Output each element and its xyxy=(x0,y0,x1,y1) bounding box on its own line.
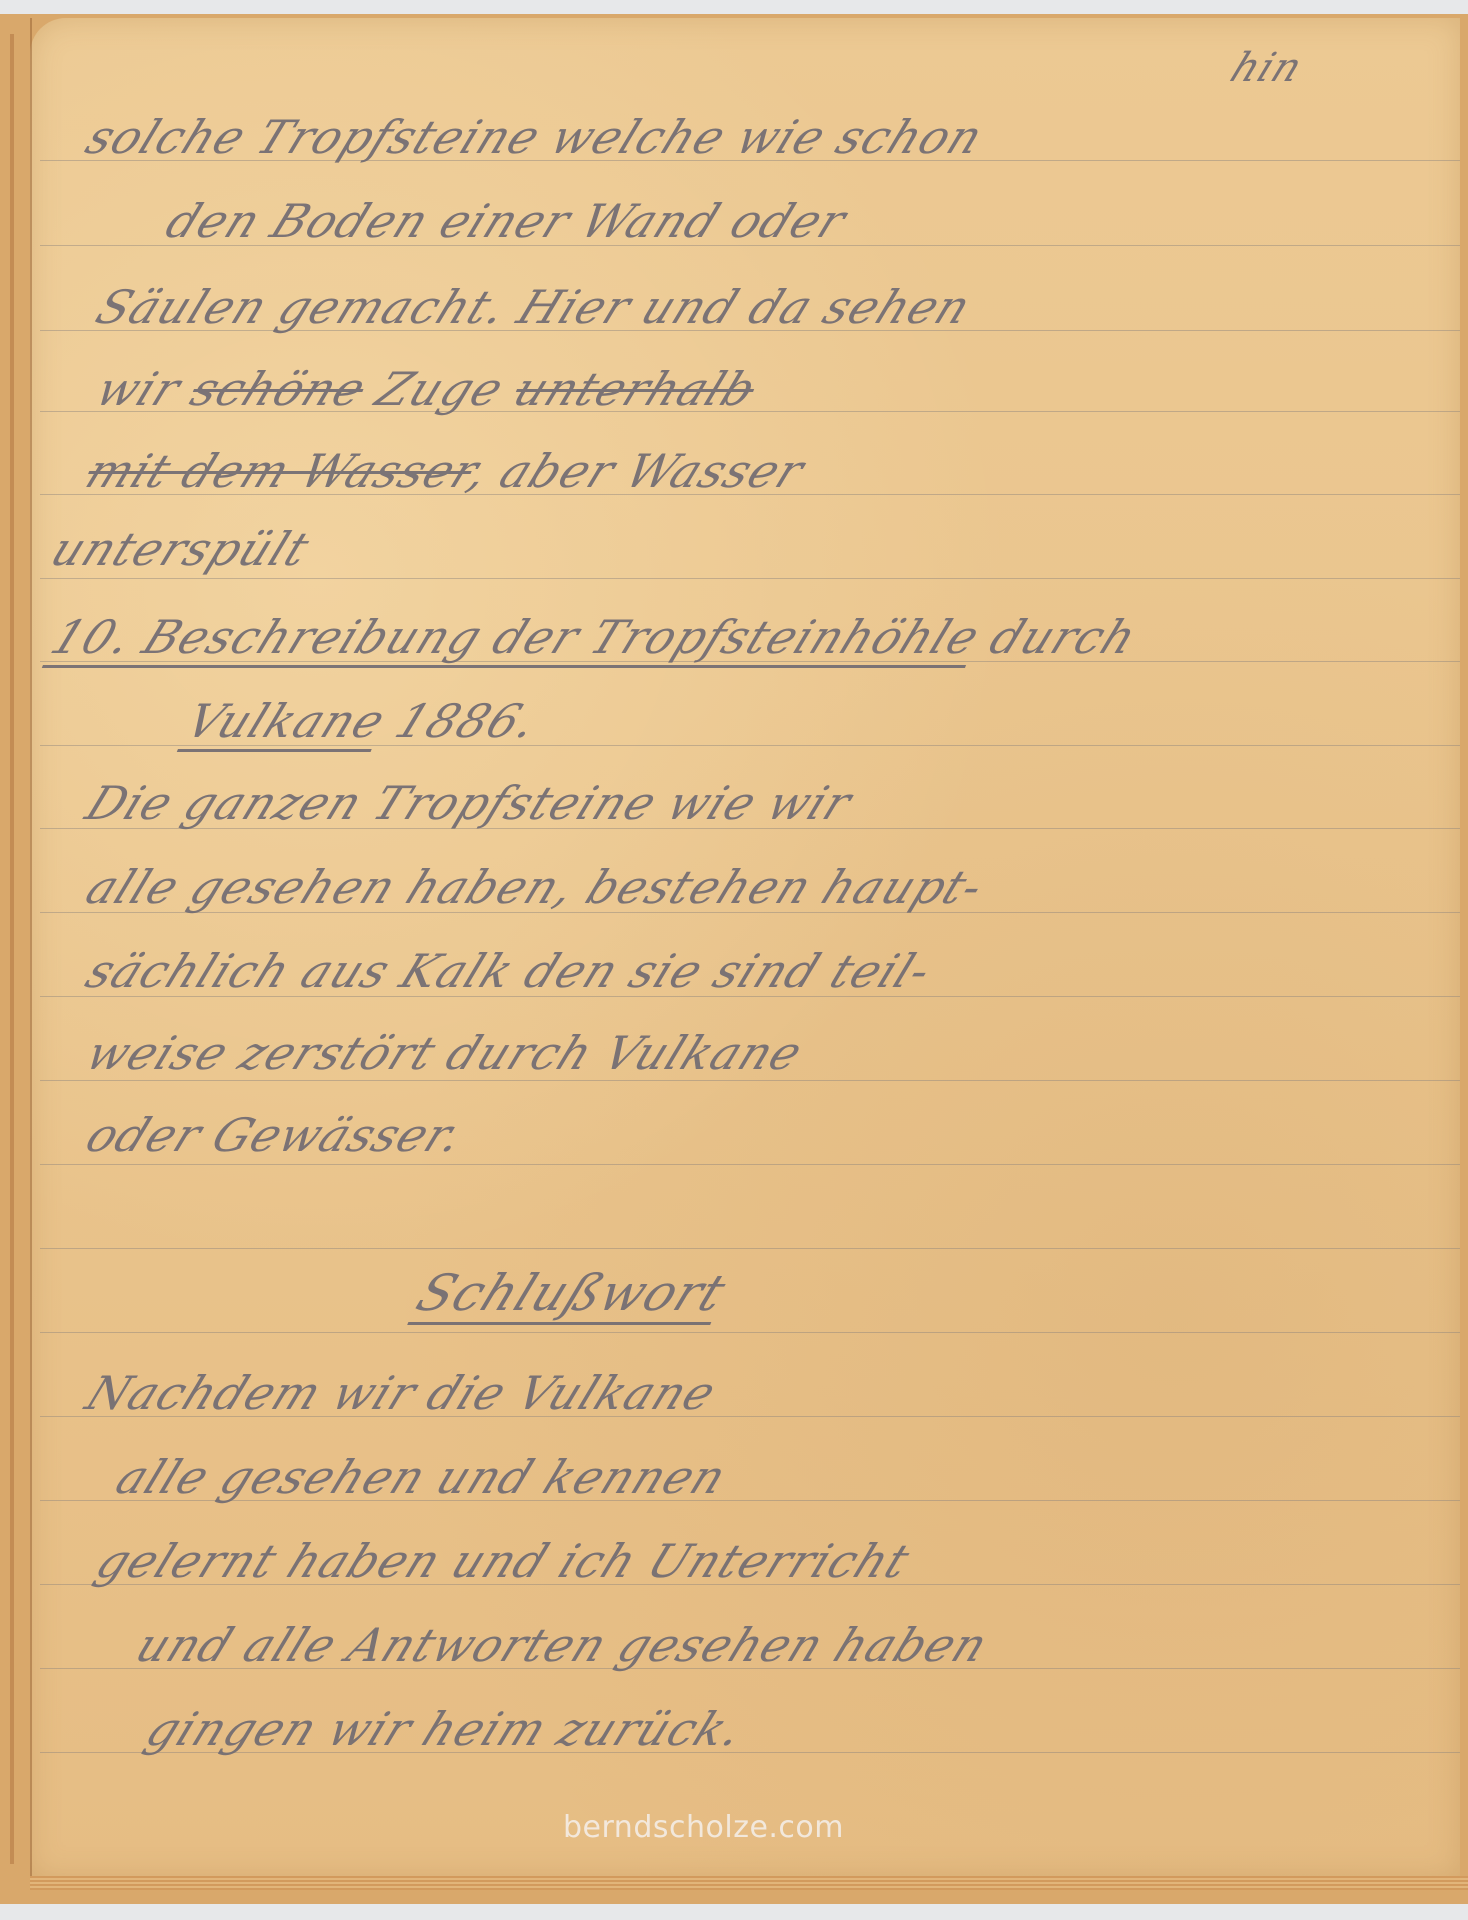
ruled-line xyxy=(40,1332,1460,1333)
ruled-line xyxy=(40,578,1460,579)
ruled-line xyxy=(40,1080,1460,1081)
handwritten-line: Nachdem wir die Vulkane xyxy=(80,1370,723,1416)
page-bottom-edge xyxy=(30,1876,1468,1890)
handwritten-line: oder Gewässer. xyxy=(80,1112,470,1158)
line-text: , aber Wasser xyxy=(461,444,813,498)
watermark: berndscholze.com xyxy=(563,1810,844,1845)
handwritten-line: Säulen gemacht. Hier und da sehen xyxy=(90,284,978,330)
handwritten-line: Die ganzen Tropfsteine wie wir xyxy=(80,780,859,826)
handwritten-line: sächlich aus Kalk den sie sind teil- xyxy=(80,948,938,994)
notebook-page: hin solche Tropfsteine welche wie schon … xyxy=(30,18,1460,1878)
handwritten-line: wir schöne Zuge unterhalb xyxy=(90,366,764,412)
corner-note: hin xyxy=(1225,48,1308,88)
heading-text: 1886. xyxy=(372,694,546,748)
struck-through-phrase: mit dem Wasser xyxy=(78,444,482,498)
struck-through-word: schöne xyxy=(183,362,374,416)
closing-heading: Schlußwort xyxy=(410,1268,733,1318)
handwritten-line: unterspült xyxy=(45,526,316,572)
heading-text: Vulkane xyxy=(178,694,394,748)
heading-text: 10. Beschreibung der Tropfsteinhöhle xyxy=(43,610,988,664)
handwritten-line: mit dem Wasser, aber Wasser xyxy=(80,448,811,494)
handwritten-line: gingen wir heim zurück. xyxy=(140,1706,751,1752)
line-text: Zuge xyxy=(353,362,528,416)
handwritten-line: weise zerstört durch Vulkane xyxy=(80,1030,810,1076)
struck-through-word: unterhalb xyxy=(506,362,765,416)
handwritten-line: alle gesehen haben, bestehen haupt- xyxy=(80,864,991,910)
handwritten-line: solche Tropfsteine welche wie schon xyxy=(80,114,990,160)
handwritten-line: den Boden einer Wand oder xyxy=(160,198,853,244)
handwritten-line: gelernt haben und ich Unterricht xyxy=(90,1538,917,1584)
section-heading: Vulkane 1886. xyxy=(180,698,545,744)
page-left-edge xyxy=(30,18,32,1878)
section-heading: 10. Beschreibung der Tropfsteinhöhle dur… xyxy=(45,614,1144,660)
handwritten-line: alle gesehen und kennen xyxy=(110,1454,733,1500)
handwritten-line: und alle Antworten gesehen haben xyxy=(130,1622,995,1668)
page-stack-edge xyxy=(10,34,14,1864)
ruled-line xyxy=(40,1164,1460,1165)
ruled-line xyxy=(40,1248,1460,1249)
heading-text: durch xyxy=(967,610,1146,664)
